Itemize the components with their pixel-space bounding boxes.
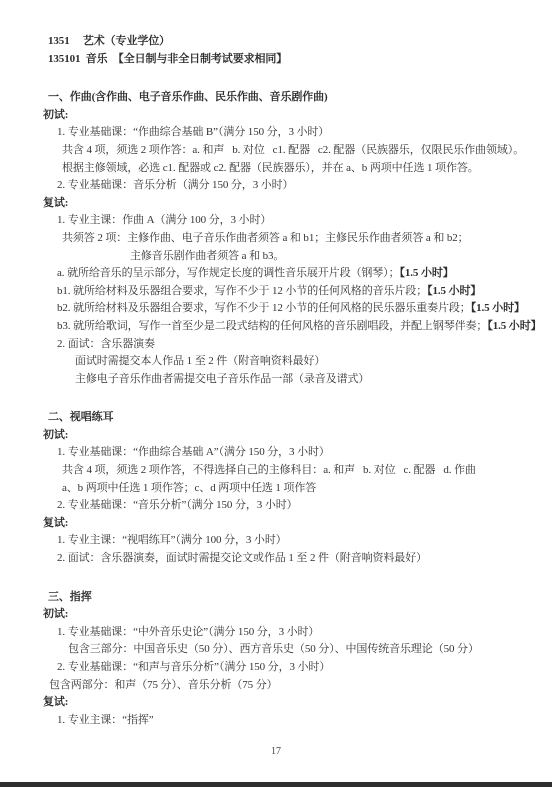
text-line: 初试:	[43, 606, 552, 624]
line-text: 初试:	[43, 608, 68, 620]
line-text: 1. 专业基础课：“作曲综合基础 A”（满分 150 分，3 小时）	[57, 446, 330, 458]
text-line: 共含 4 项，须选 2 项作答，不得选择自己的主修科目：a. 和声 b. 对位 …	[62, 462, 552, 480]
text-line: b3. 就所给歌词，写作一首至少是二段式结构的任何风格的音乐剧唱段，并配上钢琴伴…	[57, 318, 552, 336]
line-text: b1. 就所给材料及乐器组合要求，写作不少于 12 小节的任何风格的音乐片段；	[57, 285, 427, 297]
text-line: 2. 面试：含乐器演奏，面试时需提交论文或作品 1 至 2 件（附音响资料最好）	[57, 550, 552, 568]
line-text: 1351 艺术（专业学位）	[48, 35, 170, 47]
text-line: 共含 4 项，须选 2 项作答：a. 和声 b. 对位 c1. 配器 c2. 配…	[62, 142, 552, 160]
line-text: 根据主修领域，必选 c1. 配器或 c2. 配器（民族器乐），并在 a、b 两项…	[62, 162, 479, 174]
exam-section: 一、作曲(含作曲、电子音乐作曲、民乐作曲、音乐剧作曲)初试:1. 专业基础课：“…	[0, 89, 552, 388]
line-text: 主修电子音乐作曲者需提交电子音乐作品一部（录音及谱式）	[75, 373, 369, 385]
title-line: 1351 艺术（专业学位）	[48, 33, 552, 51]
line-text: 1. 专业主课：作曲 A（满分 100 分，3 小时）	[57, 214, 271, 226]
page-number: 17	[0, 746, 552, 757]
section-heading: 二、视唱练耳	[48, 409, 552, 427]
title-line: 135101 音乐 【全日制与非全日制考试要求相同】	[48, 51, 552, 69]
line-text: 面试时需提交本人作品 1 至 2 件（附音响资料最好）	[75, 355, 325, 367]
exam-section: 三、指挥初试:1. 专业基础课：“中外音乐史论”（满分 150 分，3 小时）包…	[0, 589, 552, 730]
text-line: b2. 就所给材料及乐器组合要求，写作不少于 12 小节的任何风格的民乐器乐重奏…	[57, 300, 552, 318]
line-text: 复试:	[43, 517, 68, 529]
duration-badge: 【1.5 小时】	[487, 320, 541, 332]
line-text: 共须答 2 项：主修作曲、电子音乐作曲者须答 a 和 b1；主修民乐作曲者须答 …	[62, 232, 469, 244]
line-text: 1. 专业基础课：“作曲综合基础 B”（满分 150 分，3 小时）	[57, 126, 329, 138]
duration-badge: 【1.5 小时】	[471, 302, 525, 314]
section-heading: 三、指挥	[48, 589, 552, 607]
text-line: 1. 专业主课：“指挥”	[57, 712, 552, 730]
line-text: 2. 面试：含乐器演奏，面试时需提交论文或作品 1 至 2 件（附音响资料最好）	[57, 552, 427, 564]
text-line: 2. 面试：含乐器演奏	[57, 336, 552, 354]
line-text: 2. 专业基础课：“和声与音乐分析”（满分 150 分，3 小时）	[57, 661, 330, 673]
text-line: 初试:	[43, 427, 552, 445]
line-text: 2. 面试：含乐器演奏	[57, 338, 155, 350]
text-line: 1. 专业基础课：“作曲综合基础 A”（满分 150 分，3 小时）	[57, 444, 552, 462]
text-line: 1. 专业主课：作曲 A（满分 100 分，3 小时）	[57, 212, 552, 230]
line-text: 复试:	[43, 696, 68, 708]
line-text: 复试:	[43, 197, 68, 209]
text-line: 2. 专业基础课：“和声与音乐分析”（满分 150 分，3 小时）	[57, 659, 552, 677]
window-bottom-edge	[0, 782, 552, 787]
text-line: b1. 就所给材料及乐器组合要求，写作不少于 12 小节的任何风格的音乐片段；【…	[57, 283, 552, 301]
text-line: 复试:	[43, 195, 552, 213]
text-line: 共须答 2 项：主修作曲、电子音乐作曲者须答 a 和 b1；主修民乐作曲者须答 …	[62, 230, 552, 248]
text-line: 1. 专业主课：“视唱练耳”（满分 100 分，3 小时）	[57, 532, 552, 550]
exam-section: 二、视唱练耳初试:1. 专业基础课：“作曲综合基础 A”（满分 150 分，3 …	[0, 409, 552, 567]
line-text: 1. 专业主课：“视唱练耳”（满分 100 分，3 小时）	[57, 534, 287, 546]
text-line: 复试:	[43, 694, 552, 712]
line-text: 2. 专业基础课：“音乐分析”（满分 150 分，3 小时）	[57, 499, 298, 511]
line-text: 共含 4 项，须选 2 项作答：a. 和声 b. 对位 c1. 配器 c2. 配…	[62, 144, 524, 156]
text-line: 2. 专业基础课：音乐分析（满分 150 分，3 小时）	[57, 177, 552, 195]
line-text: 初试:	[43, 429, 68, 441]
line-text: 2. 专业基础课：音乐分析（满分 150 分，3 小时）	[57, 179, 293, 191]
line-text: 135101 音乐 【全日制与非全日制考试要求相同】	[48, 53, 287, 65]
line-text: 共含 4 项，须选 2 项作答，不得选择自己的主修科目：a. 和声 b. 对位 …	[62, 464, 476, 476]
text-line: 2. 专业基础课：“音乐分析”（满分 150 分，3 小时）	[57, 497, 552, 515]
line-text: 初试:	[43, 109, 68, 121]
text-line: 初试:	[43, 107, 552, 125]
text-line: 1. 专业基础课：“中外音乐史论”（满分 150 分，3 小时）	[57, 624, 552, 642]
line-text: 主修音乐剧作曲者须答 a 和 b3。	[130, 250, 284, 262]
text-line: 复试:	[43, 515, 552, 533]
line-text: 1. 专业主课：“指挥”	[57, 714, 154, 726]
duration-badge: 【1.5 小时】	[399, 267, 453, 279]
line-text: b3. 就所给歌词，写作一首至少是二段式结构的任何风格的音乐剧唱段，并配上钢琴伴…	[57, 320, 487, 332]
text-line: 主修电子音乐作曲者需提交电子音乐作品一部（录音及谱式）	[75, 371, 552, 389]
duration-badge: 【1.5 小时】	[427, 285, 481, 297]
line-text: 1. 专业基础课：“中外音乐史论”（满分 150 分，3 小时）	[57, 626, 319, 638]
line-text: b2. 就所给材料及乐器组合要求，写作不少于 12 小节的任何风格的民乐器乐重奏…	[57, 302, 471, 314]
text-line: 包含两部分：和声（75 分）、音乐分析（75 分）	[49, 677, 552, 695]
section-heading: 一、作曲(含作曲、电子音乐作曲、民乐作曲、音乐剧作曲)	[48, 89, 552, 107]
line-text: 包含三部分：中国音乐史（50 分）、西方音乐史（50 分）、中国传统音乐理论（5…	[68, 643, 479, 655]
text-line: 包含三部分：中国音乐史（50 分）、西方音乐史（50 分）、中国传统音乐理论（5…	[68, 641, 552, 659]
text-line: 1. 专业基础课：“作曲综合基础 B”（满分 150 分，3 小时）	[57, 124, 552, 142]
line-text: 包含两部分：和声（75 分）、音乐分析（75 分）	[49, 679, 278, 691]
line-text: a、b 两项中任选 1 项作答；c、d 两项中任选 1 项作答	[62, 482, 316, 494]
text-line: a、b 两项中任选 1 项作答；c、d 两项中任选 1 项作答	[62, 480, 552, 498]
line-text: a. 就所给音乐的呈示部分，写作规定长度的调性音乐展开片段（钢琴）；	[57, 267, 399, 279]
text-line: 面试时需提交本人作品 1 至 2 件（附音响资料最好）	[75, 353, 552, 371]
text-line: 主修音乐剧作曲者须答 a 和 b3。	[130, 248, 552, 266]
text-line: 根据主修领域，必选 c1. 配器或 c2. 配器（民族器乐），并在 a、b 两项…	[62, 160, 552, 178]
text-line: a. 就所给音乐的呈示部分，写作规定长度的调性音乐展开片段（钢琴）；【1.5 小…	[57, 265, 552, 283]
document-content: 1351 艺术（专业学位）135101 音乐 【全日制与非全日制考试要求相同】一…	[0, 33, 552, 729]
